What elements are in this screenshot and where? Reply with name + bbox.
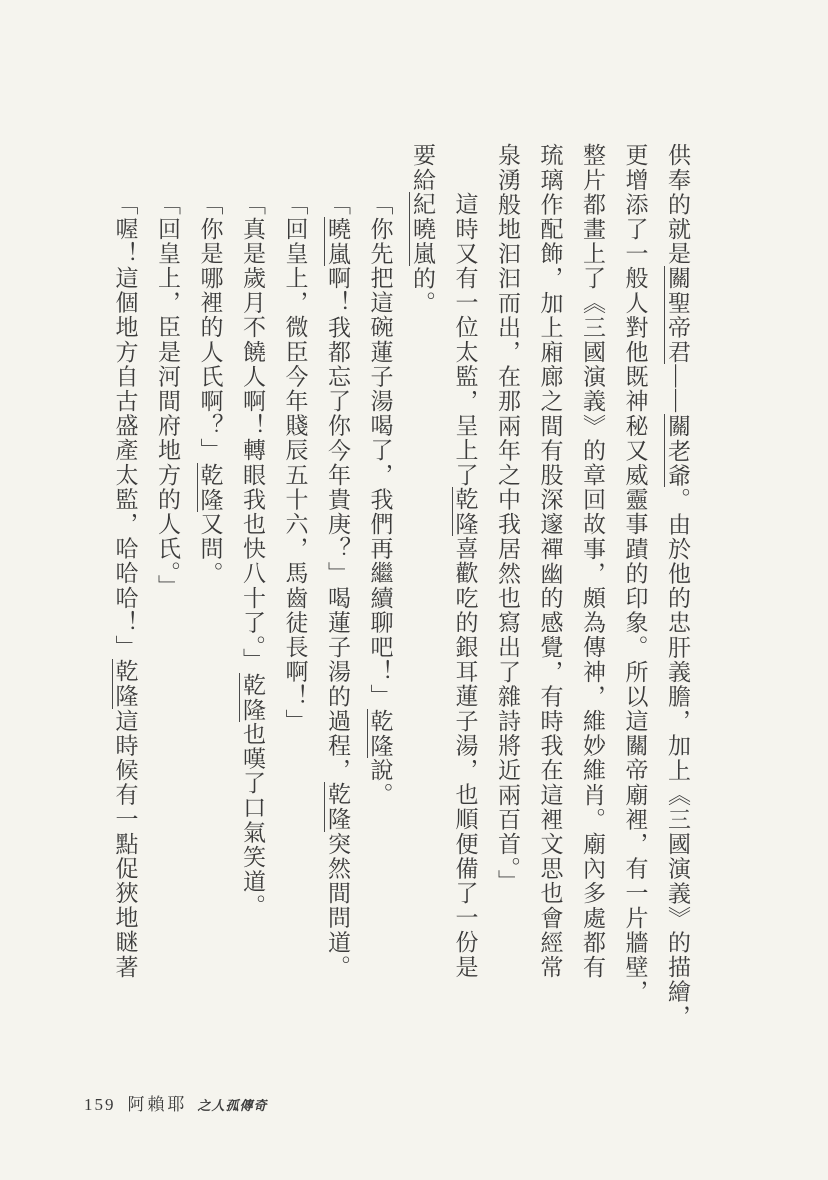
book-subtitle: 之人孤傳奇	[198, 1098, 268, 1113]
text-run: 突然間問道。	[325, 832, 350, 980]
text-column: 「回皇上，微臣今年賤辰五十六，馬齒徒長啊！」	[273, 143, 316, 1036]
page-footer: 159 阿賴耶 之人孤傳奇	[84, 1090, 268, 1115]
text-run: 又問。	[198, 512, 223, 586]
text-run: 。由於他的忠肝義膽，加上《三國演義》的描繪，	[665, 487, 690, 1028]
text-column: 「喔！這個地方自古盛產太監，哈哈哈！」乾隆這時候有一點促狹地瞇著	[103, 143, 146, 1036]
proper-noun-mark: 乾隆	[452, 487, 478, 536]
text-column: 「回皇上，臣是河間府地方的人氏。」	[146, 143, 189, 1036]
proper-noun-mark: 乾隆	[324, 782, 350, 831]
text-run: 泉湧般地汩汩而出，在那兩年之中我居然也寫出了雜詩將近兩百首。」	[495, 143, 520, 894]
text-column: 「曉嵐啊！我都忘了你今年貴庚？」喝蓮子湯的過程，乾隆突然間問道。	[316, 143, 359, 1036]
text-column: 更增添了一般人對他既神秘又威靈事蹟的印象。所以這關帝廟裡，有一片牆壁，	[613, 143, 656, 1036]
text-column: 琉璃作配飾，加上廂廊之間有股深邃禪幽的感覺，有時我在這裡文思也會經常	[528, 143, 571, 1036]
text-run: 「真是歲月不饒人啊！轉眼我也快八十了。」	[240, 192, 265, 673]
text-column: 「你先把這碗蓮子湯喝了，我們再繼續聊吧！」乾隆說。	[358, 143, 401, 1036]
text-run: 喜歡吃的銀耳蓮子湯，也順便備了一份是	[453, 536, 478, 979]
text-column: 這時又有一位太監，呈上了乾隆喜歡吃的銀耳蓮子湯，也順便備了一份是	[443, 143, 486, 1036]
text-run: 說。	[368, 758, 393, 807]
text-run: 的。	[410, 266, 435, 315]
text-column: 「真是歲月不饒人啊！轉眼我也快八十了。」乾隆也嘆了口氣笑道。	[231, 143, 274, 1036]
text-run: 琉璃作配飾，加上廂廊之間有股深邃禪幽的感覺，有時我在這裡文思也會經常	[538, 143, 563, 979]
proper-noun-mark: 乾隆	[112, 659, 138, 708]
proper-noun-mark: 乾隆	[239, 673, 265, 722]
text-run: 「你是哪裡的人氏啊？」	[198, 192, 223, 463]
text-column: 「你是哪裡的人氏啊？」乾隆又問。	[188, 143, 231, 1036]
text-run: 整片都畫上了《三國演義》的章回故事，頗為傳神，維妙維肖。廟內多處都有	[580, 143, 605, 979]
text-run: 要給	[410, 143, 435, 192]
proper-noun-mark: 曉嵐	[324, 217, 350, 266]
text-run: 「回皇上，微臣今年賤辰五十六，馬齒徒長啊！」	[283, 192, 308, 733]
text-run: ——	[665, 364, 690, 413]
text-column: 要給紀曉嵐的。	[401, 143, 444, 1036]
text-run: 這時候有一點促狹地瞇著	[113, 709, 138, 980]
text-run: 啊！我都忘了你今年貴庚？」喝蓮子湯的過程，	[325, 266, 350, 783]
text-column: 供奉的就是關聖帝君——關老爺。由於他的忠肝義膽，加上《三國演義》的描繪，	[656, 143, 699, 1036]
text-run: 「回皇上，臣是河間府地方的人氏。」	[155, 192, 180, 599]
page-number: 159	[84, 1095, 116, 1114]
book-page: 供奉的就是關聖帝君——關老爺。由於他的忠肝義膽，加上《三國演義》的描繪，更增添了…	[0, 0, 828, 1180]
text-run: 「喔！這個地方自古盛產太監，哈哈哈！」	[113, 192, 138, 659]
proper-noun-mark: 乾隆	[367, 709, 393, 758]
text-column: 整片都畫上了《三國演義》的章回故事，頗為傳神，維妙維肖。廟內多處都有	[571, 143, 614, 1036]
proper-noun-mark: 關老爺	[664, 414, 690, 488]
proper-noun-mark: 關聖帝君	[664, 266, 690, 364]
proper-noun-mark: 乾隆	[197, 463, 223, 512]
text-run: 更增添了一般人對他既神秘又威靈事蹟的印象。所以這關帝廟裡，有一片牆壁，	[623, 143, 648, 1004]
text-block: 供奉的就是關聖帝君——關老爺。由於他的忠肝義膽，加上《三國演義》的描繪，更增添了…	[103, 143, 698, 1036]
text-run: 「你先把這碗蓮子湯喝了，我們再繼續聊吧！」	[368, 192, 393, 709]
text-run: 這時又有一位太監，呈上了	[453, 192, 478, 487]
text-run: 供奉的就是	[665, 143, 690, 266]
book-title: 阿賴耶	[128, 1095, 188, 1114]
text-column: 泉湧般地汩汩而出，在那兩年之中我居然也寫出了雜詩將近兩百首。」	[486, 143, 529, 1036]
proper-noun-mark: 紀曉嵐	[409, 192, 435, 266]
text-run: 「	[325, 192, 350, 217]
text-run: 也嘆了口氣笑道。	[240, 722, 265, 919]
